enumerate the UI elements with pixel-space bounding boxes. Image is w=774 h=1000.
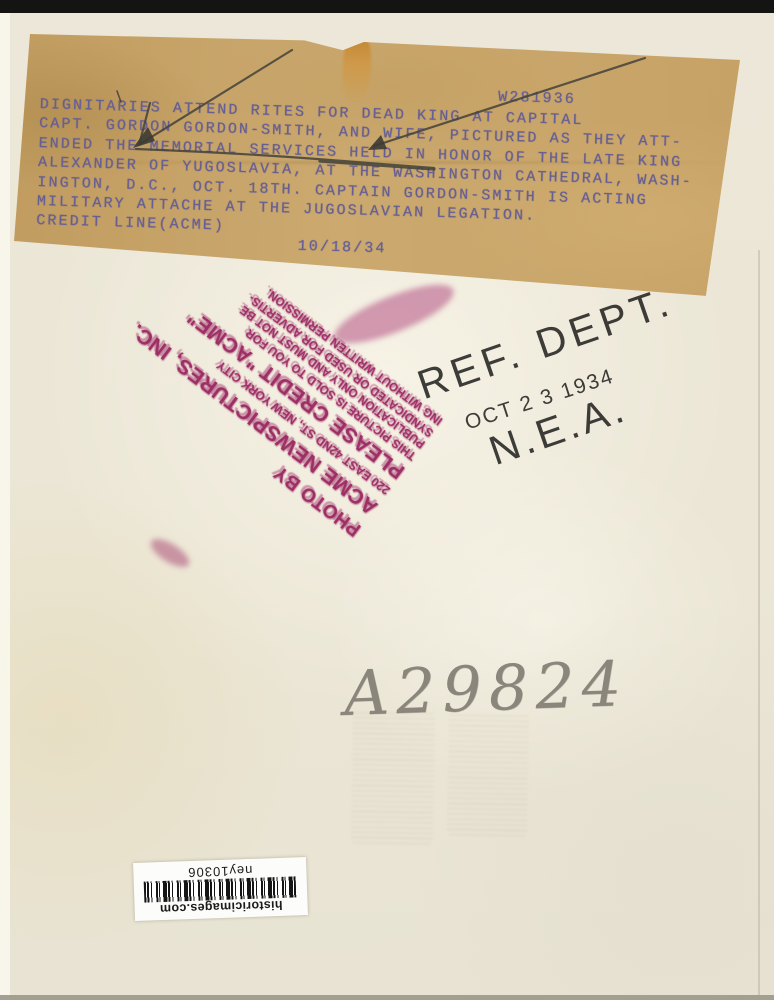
scan-edge-bottom (0, 995, 774, 1000)
archive-number-handwriting: A29824 (343, 647, 629, 730)
scan-edge-top (0, 0, 774, 13)
bleed-through-text (351, 711, 435, 844)
scan-edge-left (0, 13, 10, 1000)
bleed-through-text (447, 713, 529, 836)
barcode-sticker-content: historicimages.com ney10306 (133, 857, 308, 921)
paper-edge-line (758, 250, 760, 1000)
barcode-sticker: historicimages.com ney10306 (133, 857, 308, 921)
caption-text: W281936 DIGNITARIES ATTEND RITES FOR DEA… (36, 95, 720, 251)
sticker-code-text: ney10306 (187, 863, 253, 880)
caption-date: 10/18/34 (297, 237, 386, 259)
photo-number: W281936 (498, 88, 576, 110)
